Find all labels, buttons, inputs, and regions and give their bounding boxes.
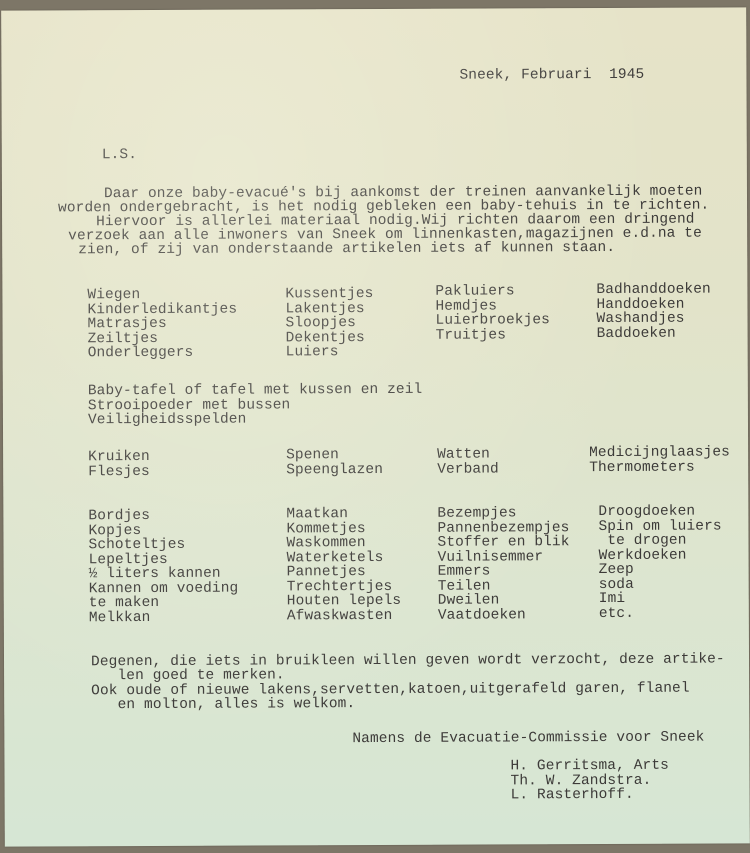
group1-col3: PakluiersHemdjesLuierbroekjesTruitjes [435, 284, 550, 342]
list-item: Spenen [286, 448, 383, 463]
list-item: Bordjes [88, 509, 238, 524]
list-item: Watten [437, 447, 499, 462]
list-item: Badhanddoeken [596, 283, 710, 298]
list-item: Kannen om voeding [89, 581, 239, 596]
list-item: Houten lepels [287, 594, 401, 609]
list-item: Strooipoeder met bussen [88, 397, 423, 413]
list-item: Bezempjes [437, 506, 569, 521]
closing-line: en molton, alles is welkom. [91, 697, 355, 713]
group1-col2: KussentjesLakentjesSloopjesDekentjesLuie… [285, 287, 373, 360]
list-item: te drogen [598, 533, 721, 548]
list-item: Afwaskwasten [287, 608, 401, 623]
group2-list: Baby-tafel of tafel met kussen en zeilSt… [88, 383, 423, 428]
list-item: te maken [89, 596, 239, 611]
list-item: Teilen [438, 579, 570, 594]
signatories: H. Gerritsma, ArtsTh. W. Zandstra.L. Ras… [510, 759, 669, 803]
list-item: Dweilen [438, 593, 570, 608]
list-item: Onderleggers [88, 346, 238, 361]
list-item: Flesjes [88, 464, 150, 479]
list-item: Verband [437, 462, 499, 477]
list-item: Melkkan [89, 610, 239, 625]
list-item: Maatkan [286, 507, 400, 522]
list-item: soda [599, 577, 722, 592]
list-item: Schoteltjes [88, 538, 238, 553]
group3-col2: SpenenSpeenglazen [286, 448, 383, 477]
list-item: Luierbroekjes [436, 313, 550, 328]
list-item: Washandjes [597, 312, 711, 327]
group4-col3: BezempjesPannenbezempjesStoffer en blikV… [437, 506, 570, 623]
salutation: L.S. [102, 148, 137, 163]
list-item: Sloopjes [286, 316, 374, 331]
letter-page: Sneek, Februari 1945 L.S. Daar onze baby… [1, 7, 750, 846]
group3-col1: KruikenFlesjes [88, 450, 150, 479]
group3-col3: WattenVerband [437, 447, 499, 476]
list-item: Waterketels [287, 550, 401, 565]
list-item: Kommetjes [286, 521, 400, 536]
group1-col4: BadhanddoekenHanddoekenWashandjesBaddoek… [596, 283, 711, 341]
list-item: Medicijnglaasjes [589, 445, 730, 460]
list-item: Imi [599, 591, 722, 606]
list-item: Speenglazen [286, 462, 383, 477]
list-item: ½ liters kannen [89, 567, 239, 582]
list-item: Lakentjes [285, 302, 373, 317]
list-item: Truitjes [436, 328, 550, 343]
group4-col1: BordjesKopjesSchoteltjesLepeltjes½ liter… [88, 509, 238, 626]
list-item: Wiegen [87, 288, 237, 303]
list-item: Thermometers [589, 460, 730, 475]
list-item: etc. [599, 606, 722, 621]
list-item: L. Rasterhoff. [511, 788, 669, 803]
list-item: Vaatdoeken [438, 608, 570, 623]
list-item: Werkdoeken [599, 548, 722, 563]
list-item: Zeep [599, 562, 722, 577]
list-item: Vuilnisemmer [438, 550, 570, 565]
place-date: Sneek, Februari 1945 [459, 68, 644, 83]
list-item: H. Gerritsma, Arts [510, 759, 668, 774]
group3-col4: MedicijnglaasjesThermometers [589, 445, 730, 475]
list-item: Veiligheidsspelden [88, 412, 423, 428]
list-item: Matrasjes [88, 317, 238, 332]
list-item: Emmers [438, 564, 570, 579]
list-item: Dekentjes [286, 331, 374, 346]
list-item: Baddoeken [597, 326, 711, 341]
list-item: Kussentjes [285, 287, 373, 302]
list-item: Waskommen [286, 536, 400, 551]
on-behalf-line: Namens de Evacuatie-Commissie voor Sneek [352, 731, 704, 747]
list-item: Pakluiers [435, 284, 549, 299]
list-item: Droogdoeken [598, 504, 721, 519]
group4-col2: MaatkanKommetjesWaskommenWaterketelsPann… [286, 507, 401, 623]
list-item: Baby-tafel of tafel met kussen en zeil [88, 383, 423, 399]
group4-col4: DroogdoekenSpin om luiers te drogenWerkd… [598, 504, 722, 621]
list-item: Pannetjes [287, 565, 401, 580]
list-item: Kruiken [88, 450, 150, 465]
intro-line: zien, of zij van onderstaande artikelen … [78, 241, 615, 258]
list-item: Stoffer en blik [437, 535, 569, 550]
list-item: Luiers [286, 345, 374, 360]
closing-line: len goed te merken. [91, 668, 285, 683]
group1-col1: WiegenKinderledikantjesMatrasjesZeiltjes… [87, 288, 237, 361]
